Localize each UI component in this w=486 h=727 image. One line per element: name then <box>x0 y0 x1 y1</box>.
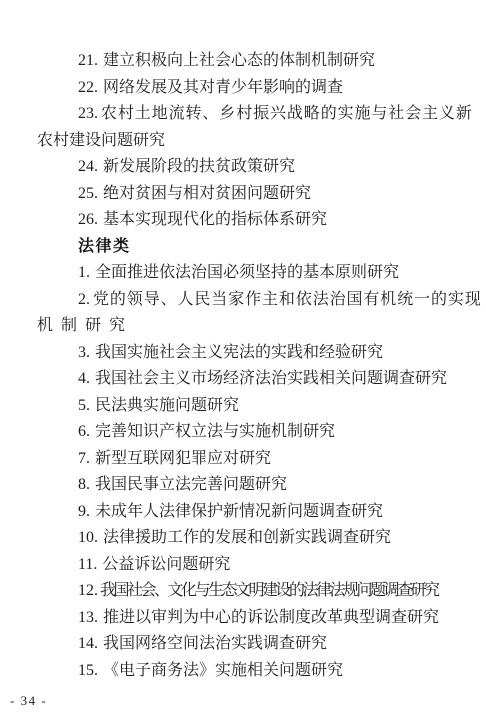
item-number: 2. <box>78 291 90 308</box>
item-text: 民法典实施问题研究 <box>95 397 239 414</box>
item-number: 7. <box>78 450 90 467</box>
item-text: 我国社会主义市场经济法治实践相关问题调查研究 <box>95 370 447 387</box>
document-line: 农村建设问题研究 <box>37 128 478 155</box>
document-line: 10.法律援助工作的发展和创新实践调查研究 <box>37 525 478 552</box>
item-text: 未成年人法律保护新情况新问题调查研究 <box>95 503 383 520</box>
document-line: 5.民法典实施问题研究 <box>37 393 478 420</box>
document-line: 15.《电子商务法》实施相关问题研究 <box>37 658 478 685</box>
document-line: 4.我国社会主义市场经济法治实践相关问题调查研究 <box>37 366 478 393</box>
page-number: - 34 - <box>0 693 486 709</box>
document-line: 14.我国网络空间法治实践调查研究 <box>37 631 478 658</box>
document-line: 12.我国社会、文化与生态文明建设的法律法规问题调查研究 <box>37 578 478 605</box>
item-text: 农村建设问题研究 <box>37 132 165 149</box>
section-heading: 法律类 <box>37 234 478 261</box>
document-line: 6.完善知识产权立法与实施机制研究 <box>37 419 478 446</box>
item-number: 4. <box>78 370 90 387</box>
item-text: 《电子商务法》实施相关问题研究 <box>103 662 343 679</box>
item-text: 推进以审判为中心的诉讼制度改革典型调查研究 <box>103 609 439 626</box>
document-line: 3.我国实施社会主义宪法的实践和经验研究 <box>37 340 478 367</box>
item-number: 24. <box>78 158 98 175</box>
item-text: 基本实现现代化的指标体系研究 <box>103 211 327 228</box>
item-number: 5. <box>78 397 90 414</box>
document-line: 22.网络发展及其对青少年影响的调查 <box>37 75 478 102</box>
item-number: 11. <box>78 556 97 573</box>
item-text: 建立积极向上社会心态的体制机制研究 <box>103 52 375 69</box>
item-text: 网络发展及其对青少年影响的调查 <box>103 79 343 96</box>
document-line: 25.绝对贫困与相对贫困问题研究 <box>37 181 478 208</box>
item-text: 我国实施社会主义宪法的实践和经验研究 <box>95 344 383 361</box>
item-text: 绝对贫困与相对贫困问题研究 <box>103 185 311 202</box>
item-text: 公益诉讼问题研究 <box>102 556 230 573</box>
item-number: 26. <box>78 211 98 228</box>
item-number: 10. <box>78 529 98 546</box>
item-text: 完善知识产权立法与实施机制研究 <box>95 423 335 440</box>
item-number: 9. <box>78 503 90 520</box>
item-number: 12. <box>78 582 98 599</box>
document-line: 24.新发展阶段的扶贫政策研究 <box>37 154 478 181</box>
document-line: 23.农村土地流转、乡村振兴战略的实施与社会主义新 <box>37 101 478 128</box>
document-line: 7.新型互联网犯罪应对研究 <box>37 446 478 473</box>
item-text: 农村土地流转、乡村振兴战略的实施与社会主义新 <box>101 105 473 122</box>
document-line: 机制研究 <box>37 313 478 340</box>
item-number: 22. <box>78 79 98 96</box>
document-line: 26.基本实现现代化的指标体系研究 <box>37 207 478 234</box>
item-number: 23. <box>78 105 98 122</box>
item-text: 全面推进依法治国必须坚持的基本原则研究 <box>95 264 399 281</box>
item-text: 机制研究 <box>37 317 133 334</box>
document-line: 13.推进以审判为中心的诉讼制度改革典型调查研究 <box>37 605 478 632</box>
item-number: 1. <box>78 264 90 281</box>
document-body: 21.建立积极向上社会心态的体制机制研究22.网络发展及其对青少年影响的调查23… <box>0 0 486 684</box>
document-line: 8.我国民事立法完善问题研究 <box>37 472 478 499</box>
item-text: 新发展阶段的扶贫政策研究 <box>103 158 295 175</box>
item-number: 3. <box>78 344 90 361</box>
item-number: 14. <box>78 635 98 652</box>
item-number: 15. <box>78 662 98 679</box>
item-number: 21. <box>78 52 98 69</box>
document-line: 2.党的领导、人民当家作主和依法治国有机统一的实现 <box>37 287 478 314</box>
document-line: 1.全面推进依法治国必须坚持的基本原则研究 <box>37 260 478 287</box>
item-text: 我国网络空间法治实践调查研究 <box>103 635 327 652</box>
document-page: 21.建立积极向上社会心态的体制机制研究22.网络发展及其对青少年影响的调查23… <box>0 0 486 727</box>
item-text: 新型互联网犯罪应对研究 <box>95 450 271 467</box>
item-text: 我国社会、文化与生态文明建设的法律法规问题调查研究 <box>100 582 438 599</box>
item-number: 6. <box>78 423 90 440</box>
document-line: 21.建立积极向上社会心态的体制机制研究 <box>37 48 478 75</box>
item-text: 党的领导、人民当家作主和依法治国有机统一的实现 <box>93 291 482 308</box>
document-line: 11.公益诉讼问题研究 <box>37 552 478 579</box>
item-number: 25. <box>78 185 98 202</box>
item-text: 我国民事立法完善问题研究 <box>95 476 287 493</box>
item-number: 13. <box>78 609 98 626</box>
item-text: 法律援助工作的发展和创新实践调查研究 <box>103 529 391 546</box>
document-line: 9.未成年人法律保护新情况新问题调查研究 <box>37 499 478 526</box>
item-number: 8. <box>78 476 90 493</box>
